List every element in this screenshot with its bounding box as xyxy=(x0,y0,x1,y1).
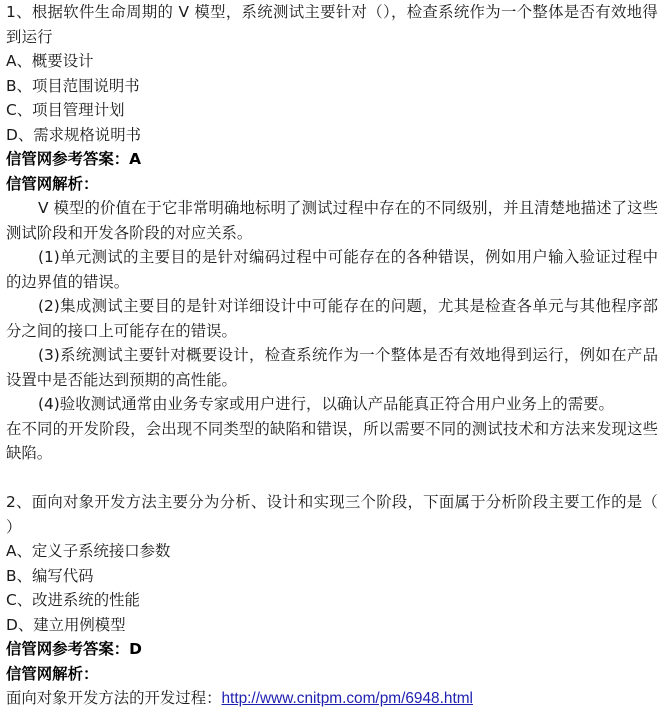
analysis-prefix: 面向对象开发方法的开发过程： xyxy=(6,689,221,707)
question-stem: 1、根据软件生命周期的 V 模型，系统测试主要针对（），检查系统作为一个整体是否… xyxy=(6,0,658,49)
option-a: A、定义子系统接口参数 xyxy=(6,539,658,564)
analysis-paragraph: (4)验收测试通常由业务专家或用户进行，以确认产品能真正符合用户业务上的需要。 xyxy=(6,392,658,417)
analysis-conclusion: 在不同的开发阶段，会出现不同类型的缺陷和错误，所以需要不同的测试技术和方法来发现… xyxy=(6,417,658,466)
question-1: 1、根据软件生命周期的 V 模型，系统测试主要针对（），检查系统作为一个整体是否… xyxy=(6,0,658,466)
analysis-paragraph: (3)系统测试主要针对概要设计，检查系统作为一个整体是否有效地得到运行，例如在产… xyxy=(6,343,658,392)
option-d: D、建立用例模型 xyxy=(6,613,658,638)
analysis-heading: 信管网解析： xyxy=(6,172,658,197)
document-body: 1、根据软件生命周期的 V 模型，系统测试主要针对（），检查系统作为一个整体是否… xyxy=(6,0,658,711)
question-2: 2、面向对象开发方法主要分为分析、设计和实现三个阶段，下面属于分析阶段主要工作的… xyxy=(6,490,658,711)
question-stem: 2、面向对象开发方法主要分为分析、设计和实现三个阶段，下面属于分析阶段主要工作的… xyxy=(6,490,658,539)
option-b: B、项目范围说明书 xyxy=(6,74,658,99)
option-a: A、概要设计 xyxy=(6,49,658,74)
answer-label: 信管网参考答案：D xyxy=(6,637,658,662)
answer-label: 信管网参考答案：A xyxy=(6,147,658,172)
option-b: B、编写代码 xyxy=(6,564,658,589)
analysis-paragraph: (1)单元测试的主要目的是针对编码过程中可能存在的各种错误，例如用户输入验证过程… xyxy=(6,245,658,294)
spacer xyxy=(6,466,658,491)
analysis-heading: 信管网解析： xyxy=(6,662,658,687)
analysis-line: 面向对象开发方法的开发过程：http://www.cnitpm.com/pm/6… xyxy=(6,686,658,711)
analysis-paragraph: (2)集成测试主要目的是针对详细设计中可能存在的问题，尤其是检查各单元与其他程序… xyxy=(6,294,658,343)
option-d: D、需求规格说明书 xyxy=(6,123,658,148)
analysis-paragraph: V 模型的价值在于它非常明确地标明了测试过程中存在的不同级别，并且清楚地描述了这… xyxy=(6,196,658,245)
option-c: C、改进系统的性能 xyxy=(6,588,658,613)
option-c: C、项目管理计划 xyxy=(6,98,658,123)
analysis-link[interactable]: http://www.cnitpm.com/pm/6948.html xyxy=(221,690,472,707)
